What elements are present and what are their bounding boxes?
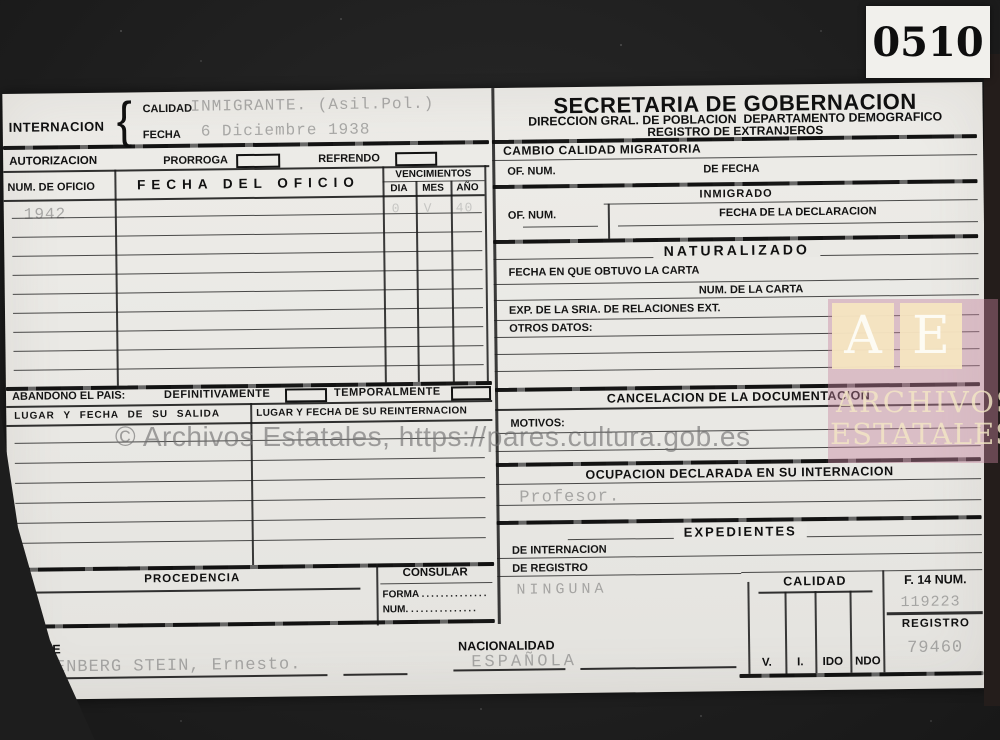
film-grain	[0, 0, 2, 2]
rule	[3, 140, 489, 150]
dotted-leader: ..............	[411, 603, 478, 615]
rule	[12, 231, 482, 238]
rule	[4, 194, 485, 202]
refrendo-checkbox	[395, 152, 437, 167]
registro-num-value: 79460	[907, 638, 963, 658]
autorizacion-label: AUTORIZACION	[9, 155, 97, 168]
de-registro-label: DE REGISTRO	[512, 562, 588, 575]
registro-label: REGISTRO	[889, 617, 983, 630]
rule	[14, 364, 484, 371]
rule	[496, 445, 981, 452]
forma-label: FORMA ..............	[382, 588, 488, 600]
rule	[380, 582, 492, 584]
rule	[13, 326, 483, 333]
rule	[33, 619, 495, 629]
num-oficio-label: NUM. DE OFICIO	[7, 181, 95, 194]
f14-label: F. 14 NUM.	[888, 572, 982, 587]
registration-card: INTERNACION { CALIDAD FECHA INMIGRANTE. …	[2, 82, 989, 700]
calidad-col-i: I.	[786, 656, 814, 668]
rule	[496, 427, 981, 434]
calidad-title: CALIDAD	[747, 573, 882, 589]
rule	[12, 250, 482, 257]
procedencia-label: PROCEDENCIA	[8, 570, 376, 586]
motivos-label: MOTIVOS:	[510, 417, 565, 430]
de-fecha-label: DE FECHA	[703, 163, 759, 176]
calidad-col-ido: IDO	[815, 656, 850, 668]
scanned-photo: INTERNACION { CALIDAD FECHA INMIGRANTE. …	[0, 0, 1000, 740]
num-oficio-value: 1942	[24, 205, 67, 224]
reinternacion-label: LUGAR Y FECHA DE SU REINTERNACION	[256, 405, 467, 419]
column-divider	[114, 170, 119, 386]
column-divider	[608, 204, 610, 239]
rule	[580, 666, 736, 670]
internacion-label: INTERNACION	[9, 119, 105, 135]
of-num2-label: OF. NUM.	[508, 209, 556, 222]
calidad-value: INMIGRANTE. (Asil.Pol.)	[190, 95, 434, 116]
brace-icon: {	[116, 90, 132, 150]
photo-edge	[984, 54, 1000, 706]
refrendo-label: REFRENDO	[318, 152, 380, 165]
salida-label: LUGAR Y FECHA DE SU SALIDA	[14, 408, 220, 422]
num-label-text: NUM.	[383, 604, 409, 615]
fecha-label: FECHA	[143, 129, 181, 141]
naturalizado-title: NATURALIZADO	[654, 241, 820, 259]
rule	[739, 671, 983, 678]
column-divider	[484, 165, 489, 381]
rule	[495, 365, 980, 372]
f14-value: 119223	[901, 593, 961, 611]
mes-label: MES	[415, 183, 450, 194]
fecha-value: 6 Diciembre 1938	[201, 121, 371, 141]
num-carta-label: NUM. DE LA CARTA	[699, 283, 804, 296]
column-divider	[450, 181, 454, 382]
rule	[13, 307, 483, 314]
prorroga-label: PRORROGA	[163, 154, 228, 167]
rule	[13, 288, 483, 295]
forma-label-text: FORMA	[382, 589, 418, 600]
fecha-carta-label: FECHA EN QUE OBTUVO LA CARTA	[508, 265, 699, 279]
num-label: NUM. ..............	[383, 603, 478, 615]
rule	[13, 269, 483, 276]
rule	[523, 226, 598, 228]
fecha-declaracion-label: FECHA DE LA DECLARACION	[618, 204, 978, 220]
nacionalidad-label: NACIONALIDAD	[458, 638, 555, 653]
otros-datos-label: OTROS DATOS:	[509, 322, 592, 335]
rule	[618, 221, 978, 226]
column-divider	[382, 166, 387, 382]
calidad-label: CALIDAD	[142, 103, 192, 116]
dotted-leader: ..............	[421, 588, 488, 600]
registro-value: NINGUNA	[516, 581, 607, 599]
de-internacion-label: DE INTERNACION	[512, 544, 607, 557]
consular-label: CONSULAR	[376, 566, 494, 579]
archive-number-tab: 0510	[866, 6, 990, 78]
calidad-col-v: V.	[750, 657, 783, 669]
rule	[495, 348, 980, 355]
rule	[887, 611, 983, 615]
dia-label: DIA	[382, 183, 415, 194]
temporalmente-checkbox	[451, 386, 491, 400]
calidad-col-ndo: NDO	[850, 655, 885, 667]
cambio-title: CAMBIO CALIDAD MIGRATORIA	[503, 141, 701, 157]
archive-number: 0510	[872, 19, 983, 66]
definitivamente-checkbox	[285, 388, 327, 403]
temporalmente-label: TEMPORALMENTE	[334, 386, 441, 399]
exp-label: EXP. DE LA SRIA. DE RELACIONES EXT.	[509, 302, 721, 317]
rule	[343, 673, 407, 676]
vencimientos-label: VENCIMIENTOS	[382, 168, 484, 180]
fecha-oficio-label: FECHA DEL OFICIO	[114, 174, 382, 192]
prorroga-checkbox	[236, 154, 280, 169]
of-num-label: OF. NUM.	[507, 165, 555, 178]
rule	[22, 588, 360, 594]
ano-label: AÑO	[450, 182, 484, 193]
abandono-label: ABANDONO EL PAIS:	[12, 390, 125, 403]
rule	[12, 212, 482, 219]
expedientes-title: EXPEDIENTES	[674, 523, 807, 540]
definitivamente-label: DEFINITIVAMENTE	[164, 388, 270, 401]
column-divider	[415, 181, 419, 382]
rule	[13, 345, 483, 352]
